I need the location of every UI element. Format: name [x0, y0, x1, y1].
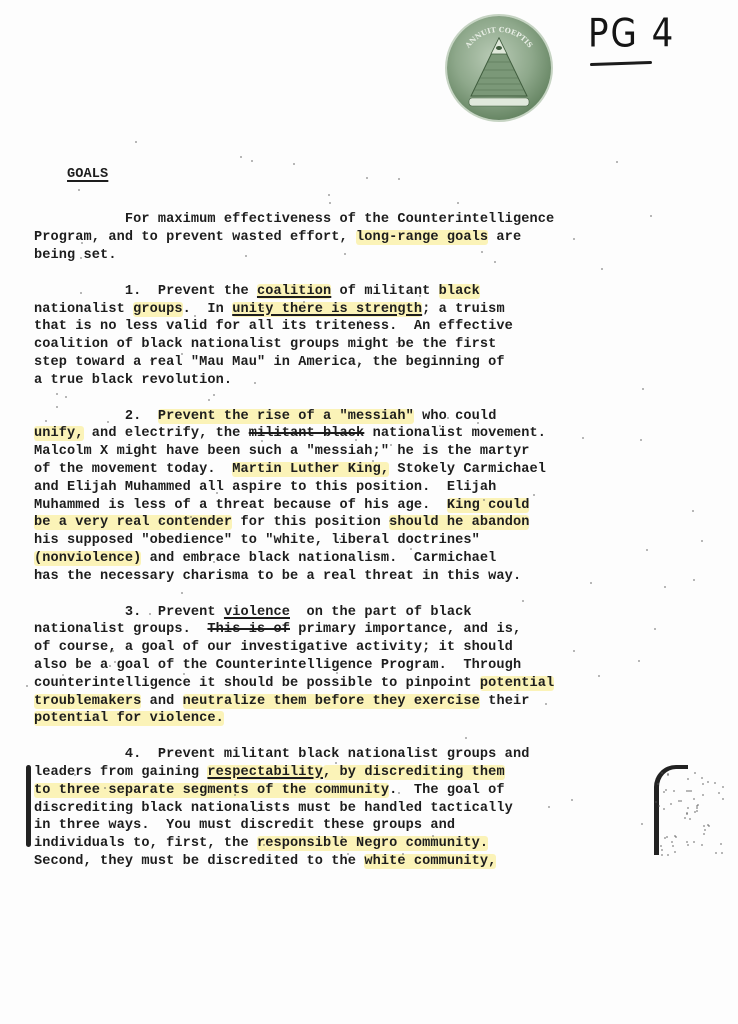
text-segment: 4. Prevent militant black nationalist gr… — [34, 747, 529, 762]
text-line: Muhammed is less of a threat because of … — [34, 497, 714, 515]
highlighted-text: potential — [480, 676, 554, 691]
scan-speck — [701, 540, 703, 542]
text-line: Malcolm X might have been such a "messia… — [34, 443, 714, 461]
text-line: potential for violence. — [34, 710, 714, 728]
scan-speck — [688, 790, 690, 792]
scan-speck — [680, 800, 682, 802]
scan-speck — [135, 141, 137, 143]
paragraph-1: 1. Prevent the coalition of militant bla… — [34, 283, 714, 390]
scan-speck — [109, 665, 111, 667]
highlighted-text: to three separate segments of the commun… — [34, 783, 389, 798]
scan-speck — [693, 579, 695, 581]
scan-speck — [208, 399, 210, 401]
scan-speck — [573, 650, 575, 652]
scan-speck — [81, 242, 83, 244]
text-segment: their — [480, 694, 530, 709]
scan-speck — [263, 844, 265, 846]
scan-speck — [638, 660, 640, 662]
highlighted-text: unity there is strength — [232, 302, 422, 317]
scan-speck — [690, 790, 692, 792]
scan-speck — [718, 792, 720, 794]
scan-speck — [657, 783, 659, 785]
text-line: his supposed "obedience" to "white, libe… — [34, 532, 714, 550]
text-segment: 1. Prevent the — [34, 284, 257, 299]
text-segment: ; a truism — [422, 302, 505, 317]
scan-speck — [372, 460, 374, 462]
scan-speck — [56, 406, 58, 408]
scan-speck — [671, 841, 673, 843]
scan-speck — [390, 444, 392, 446]
text-line: individuals to, first, the responsible N… — [34, 835, 714, 853]
scan-speck — [245, 255, 247, 257]
scan-speck — [457, 202, 459, 204]
scan-speck — [571, 799, 573, 801]
text-segment: Muhammed is less of a threat because of … — [34, 498, 447, 513]
highlighted-text: responsible Negro community. — [257, 836, 488, 851]
text-segment: nationalist — [34, 302, 133, 317]
handwritten-bracket-left — [26, 765, 31, 847]
scan-speck — [702, 794, 704, 796]
highlighted-text: King could — [447, 498, 530, 513]
scan-speck — [107, 421, 109, 423]
scan-speck — [582, 437, 584, 439]
text-segment: primary importance, and is, — [290, 622, 521, 637]
scan-speck — [715, 852, 717, 854]
scan-speck — [663, 791, 665, 793]
text-segment: nationalist groups. — [34, 622, 207, 637]
text-segment: that is no less valid for all its triten… — [34, 319, 513, 334]
text-segment: . The goal of — [389, 783, 505, 798]
document-paragraphs: For maximum effectiveness of the Counter… — [34, 211, 714, 870]
scan-speck — [642, 388, 644, 390]
text-segment: individuals to, first, the — [34, 836, 257, 851]
scan-speck — [65, 396, 67, 398]
text-segment: This is of — [207, 622, 290, 637]
scan-speck — [616, 161, 618, 163]
scan-speck — [389, 520, 391, 522]
paragraph-2: 2. Prevent the rise of a "messiah" who c… — [34, 408, 714, 586]
paragraph-3: 3. Prevent violence on the part of black… — [34, 604, 714, 729]
text-segment: Stokely Carmichael — [389, 462, 546, 477]
scan-speck — [183, 673, 185, 675]
highlighted-text: coalition — [257, 284, 331, 299]
highlighted-text: long-range goals — [356, 230, 488, 245]
text-segment: nationalist movement. — [364, 426, 546, 441]
scan-speck — [667, 773, 669, 775]
page-number-underline — [590, 61, 652, 66]
scan-speck — [666, 836, 668, 838]
text-line: Program, and to prevent wasted effort, l… — [34, 229, 714, 247]
scan-speck — [328, 412, 330, 414]
scan-speck — [686, 812, 688, 814]
scan-speck — [477, 422, 479, 424]
text-segment: of the movement today. — [34, 462, 232, 477]
text-segment: coalition of black nationalist groups mi… — [34, 337, 496, 352]
scan-speck — [329, 202, 331, 204]
scan-speck — [335, 762, 337, 764]
text-line: a true black revolution. — [34, 372, 714, 390]
scan-speck — [721, 852, 723, 854]
scan-speck — [419, 295, 421, 297]
text-segment: has the necessary charisma to be a real … — [34, 569, 521, 584]
scan-speck — [703, 833, 705, 835]
scan-speck — [347, 853, 349, 855]
text-line: in three ways. You must discredit these … — [34, 817, 714, 835]
document-page: ANNUIT COEPTIS PG 4 GOALS For maximum ef… — [0, 0, 738, 1024]
text-segment: who could — [414, 409, 497, 424]
scan-speck — [432, 835, 434, 837]
scan-speck — [26, 685, 28, 687]
scan-speck — [672, 845, 674, 847]
text-line: of the movement today. Martin Luther Kin… — [34, 461, 714, 479]
scan-speck — [396, 341, 398, 343]
scan-speck — [687, 778, 689, 780]
scan-speck — [641, 823, 643, 825]
text-line: nationalist groups. This is of primary i… — [34, 621, 714, 639]
highlighted-text: be a very real contender — [34, 515, 232, 530]
scan-speck — [160, 520, 162, 522]
scan-speck — [714, 782, 716, 784]
text-line: to three separate segments of the commun… — [34, 782, 714, 800]
text-line: and Elijah Muhammed all aspire to this p… — [34, 479, 714, 497]
text-line: be a very real contender for this positi… — [34, 514, 714, 532]
scan-speck — [447, 417, 449, 419]
text-segment: and Elijah Muhammed all aspire to this p… — [34, 480, 496, 495]
text-segment: step toward a real "Mau Mau" in America,… — [34, 355, 505, 370]
scan-speck — [703, 825, 705, 827]
text-line: nationalist groups. In unity there is st… — [34, 301, 714, 319]
scan-speck — [667, 854, 669, 856]
scan-speck — [693, 841, 695, 843]
text-segment: violence — [224, 605, 290, 620]
text-segment: on the part of black — [290, 605, 472, 620]
text-segment: For maximum effectiveness of the Counter… — [34, 212, 554, 227]
paragraph-4: 4. Prevent militant black nationalist gr… — [34, 746, 714, 871]
scan-speck — [336, 672, 338, 674]
text-line: step toward a real "Mau Mau" in America,… — [34, 354, 714, 372]
scan-speck — [402, 853, 404, 855]
scan-speck — [722, 786, 724, 788]
scan-speck — [234, 794, 236, 796]
highlighted-text: groups — [133, 302, 183, 317]
document-body: GOALS For maximum effectiveness of the C… — [34, 148, 714, 924]
text-segment: for this position — [232, 515, 389, 530]
highlighted-text: should he abandon — [389, 515, 529, 530]
text-line: Second, they must be discredited to the … — [34, 853, 714, 871]
scan-speck — [355, 439, 357, 441]
page-number-label: PG 4 — [588, 11, 675, 57]
text-line: being set. — [34, 247, 714, 265]
text-segment: discrediting black nationalists must be … — [34, 801, 513, 816]
scan-speck — [701, 777, 703, 779]
highlighted-text: (nonviolence) — [34, 551, 141, 566]
scan-speck — [216, 492, 218, 494]
text-segment: and electrify, the — [84, 426, 249, 441]
text-line: For maximum effectiveness of the Counter… — [34, 211, 714, 229]
text-segment: in three ways. You must discredit these … — [34, 818, 455, 833]
text-segment: Malcolm X might have been such a "messia… — [34, 444, 529, 459]
highlighted-text: respectability — [207, 765, 323, 780]
text-segment: leaders from gaining — [34, 765, 207, 780]
highlighted-text: potential for violence. — [34, 711, 224, 726]
paragraph-0: For maximum effectiveness of the Counter… — [34, 211, 714, 264]
scan-speck — [293, 163, 295, 165]
text-line: unify, and electrify, the militant black… — [34, 425, 714, 443]
text-segment: of militant — [331, 284, 438, 299]
highlighted-text: Prevent the rise of a "messiah" — [158, 409, 414, 424]
text-line: 2. Prevent the rise of a "messiah" who c… — [34, 408, 714, 426]
text-segment: militant black — [249, 426, 365, 441]
text-line: discrediting black nationalists must be … — [34, 800, 714, 818]
scan-speck — [720, 843, 722, 845]
highlighted-text: white community, — [364, 854, 496, 869]
scan-speck — [661, 772, 663, 774]
text-line: has the necessary charisma to be a real … — [34, 568, 714, 586]
scan-speck — [254, 382, 256, 384]
highlighted-text: black — [439, 284, 480, 299]
text-line: also be a goal of the Counterintelligenc… — [34, 657, 714, 675]
text-line: troublemakers and neutralize them before… — [34, 693, 714, 711]
scan-speck — [661, 849, 663, 851]
text-segment: a true black revolution. — [34, 373, 232, 388]
text-segment: and embrace black nationalism. Carmichae… — [141, 551, 496, 566]
text-segment: being set. — [34, 248, 117, 263]
text-line: 1. Prevent the coalition of militant bla… — [34, 283, 714, 301]
highlighted-text: unify, — [34, 426, 84, 441]
highlighted-text: troublemakers — [34, 694, 141, 709]
scan-speck — [722, 798, 724, 800]
text-line: 3. Prevent violence on the part of black — [34, 604, 714, 622]
text-segment: Second, they must be discredited to the — [34, 854, 364, 869]
text-segment: 2. — [34, 409, 158, 424]
text-segment: of course, a goal of our investigative a… — [34, 640, 513, 655]
text-segment: his supposed "obedience" to "white, libe… — [34, 533, 480, 548]
text-segment: . In — [183, 302, 233, 317]
scan-speck — [694, 772, 696, 774]
text-line: counterintelligence it should be possibl… — [34, 675, 714, 693]
highlighted-text: neutralize them before they exercise — [183, 694, 480, 709]
scan-speck — [45, 420, 47, 422]
text-segment: counterintelligence it should be possibl… — [34, 676, 480, 691]
scan-speck — [548, 806, 550, 808]
text-segment: are — [488, 230, 521, 245]
scan-speck — [190, 516, 192, 518]
text-line: (nonviolence) and embrace black national… — [34, 550, 714, 568]
text-segment: also be a goal of the Counterintelligenc… — [34, 658, 521, 673]
text-line: 4. Prevent militant black nationalist gr… — [34, 746, 714, 764]
scan-speck — [288, 821, 290, 823]
text-segment: and — [141, 694, 182, 709]
scan-speck — [262, 307, 264, 309]
highlighted-text: , by discrediting them — [323, 765, 505, 780]
text-line: coalition of black nationalist groups mi… — [34, 336, 714, 354]
scan-speck — [696, 810, 698, 812]
scan-speck — [665, 789, 667, 791]
text-line: that is no less valid for all its triten… — [34, 318, 714, 336]
text-segment: 3. Prevent — [34, 605, 224, 620]
text-line: of course, a goal of our investigative a… — [34, 639, 714, 657]
scan-speck — [465, 737, 467, 739]
highlighted-text: Martin Luther King, — [232, 462, 389, 477]
text-line: leaders from gaining respectability, by … — [34, 764, 714, 782]
section-heading: GOALS — [67, 166, 108, 184]
scan-speck — [344, 253, 346, 255]
great-seal-pyramid-icon: ANNUIT COEPTIS — [447, 16, 551, 120]
